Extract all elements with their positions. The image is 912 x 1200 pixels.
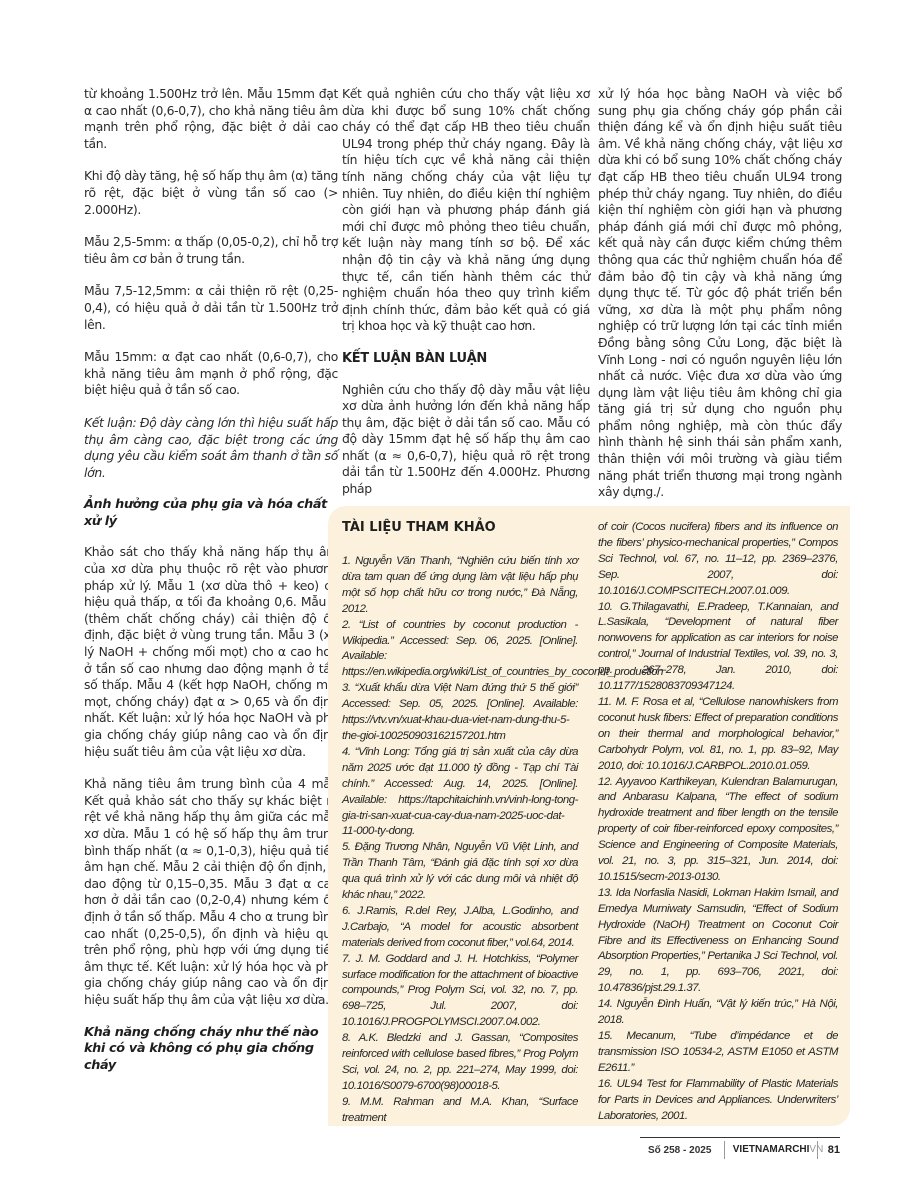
reference-item: 13. Ida Norfaslia Nasidi, Lokman Hakim I… [598, 886, 838, 997]
subheading-additives: Ảnh hưởng của phụ gia và hóa chất xử lý [84, 497, 338, 530]
reference-item: 1. Nguyễn Văn Thanh, “Nghiên cứu biến tí… [342, 554, 578, 618]
issue-number: Số 258 - 2025 [640, 1145, 724, 1156]
body-paragraph: Khi độ dày tăng, hệ số hấp thụ âm (α) tă… [84, 168, 338, 218]
article-column-1: từ khoảng 1.500Hz trở lên. Mẫu 15mm đạt … [84, 86, 338, 1088]
reference-item: 15. Mecanum, “Tube d’impédance et de tra… [598, 1029, 838, 1077]
subheading-fire-resistance: Khả năng chống cháy như thế nào khi có v… [84, 1025, 338, 1075]
article-column-2: Kết quả nghiên cứu cho thấy vật liệu xơ … [342, 86, 590, 514]
body-paragraph: xử lý hóa học bằng NaOH và việc bổ sung … [598, 86, 842, 501]
reference-item: 4. “Vĩnh Long: Tổng giá trị sản xuất của… [342, 745, 578, 840]
reference-item: 7. J. M. Goddard and J. H. Hotchkiss, “P… [342, 952, 578, 1032]
section-heading-conclusion: KẾT LUẬN BÀN LUẬN [342, 351, 590, 368]
reference-item: 9. M.M. Rahman and M.A. Khan, “Surface t… [342, 1095, 578, 1127]
references-column-left: 1. Nguyễn Văn Thanh, “Nghiên cứu biến tí… [342, 554, 578, 1127]
references-title: TÀI LIỆU THAM KHẢO [342, 520, 496, 535]
reference-item: 5. Đặng Trương Nhân, Nguyễn Vũ Việt Linh… [342, 840, 578, 904]
references-column-right: of coir (Cocos nucifera) fibers and its … [598, 520, 838, 1124]
body-paragraph: Nghiên cứu cho thấy độ dày mẫu vật liệu … [342, 382, 590, 498]
body-paragraph: từ khoảng 1.500Hz trở lên. Mẫu 15mm đạt … [84, 86, 338, 152]
references-box: TÀI LIỆU THAM KHẢO 1. Nguyễn Văn Thanh, … [328, 506, 850, 1126]
site-name: VIETNAMARCHIVN [724, 1141, 818, 1159]
reference-item: 12. Ayyavoo Karthikeyan, Kulendran Balam… [598, 775, 838, 886]
body-paragraph: Kết quả nghiên cứu cho thấy vật liệu xơ … [342, 86, 590, 335]
reference-item: of coir (Cocos nucifera) fibers and its … [598, 520, 838, 600]
thickness-conclusion: Kết luận: Độ dày càng lớn thì hiệu suất … [84, 415, 338, 481]
reference-item: 8. A.K. Bledzki and J. Gassan, “Composit… [342, 1031, 578, 1095]
reference-item: 6. J.Ramis, R.del Rey, J.Alba, L.Godinho… [342, 904, 578, 952]
reference-item: 3. “Xuất khẩu dừa Việt Nam đứng thứ 5 th… [342, 681, 578, 745]
reference-item: 2. “List of countries by coconut product… [342, 618, 578, 682]
page-number: 81 [818, 1144, 840, 1156]
body-paragraph: Mẫu 7,5-12,5mm: α cải thiện rõ rệt (0,25… [84, 283, 338, 333]
article-column-3: xử lý hóa học bằng NaOH và việc bổ sung … [598, 86, 842, 517]
body-paragraph: Mẫu 2,5-5mm: α thấp (0,05-0,2), chỉ hỗ t… [84, 234, 338, 267]
page-footer: Số 258 - 2025 VIETNAMARCHIVN 81 [640, 1137, 840, 1162]
body-paragraph: Khảo sát cho thấy khả năng hấp thụ âm củ… [84, 544, 338, 760]
reference-item: 16. UL94 Test for Flammability of Plasti… [598, 1077, 838, 1125]
body-paragraph: Mẫu 15mm: α đạt cao nhất (0,6-0,7), cho … [84, 349, 338, 399]
reference-item: 14. Nguyễn Đình Huấn, “Vật lý kiến trúc,… [598, 997, 838, 1029]
body-paragraph: Khả năng tiêu âm trung bình của 4 mẫu Kế… [84, 776, 338, 1008]
reference-item: 10. G.Thilagavathi, E.Pradeep, T.Kannaia… [598, 600, 838, 695]
site-name-main: VIETNAMARCHI [733, 1144, 810, 1155]
reference-item: 11. M. F. Rosa et al, “Cellulose nanowhi… [598, 695, 838, 775]
